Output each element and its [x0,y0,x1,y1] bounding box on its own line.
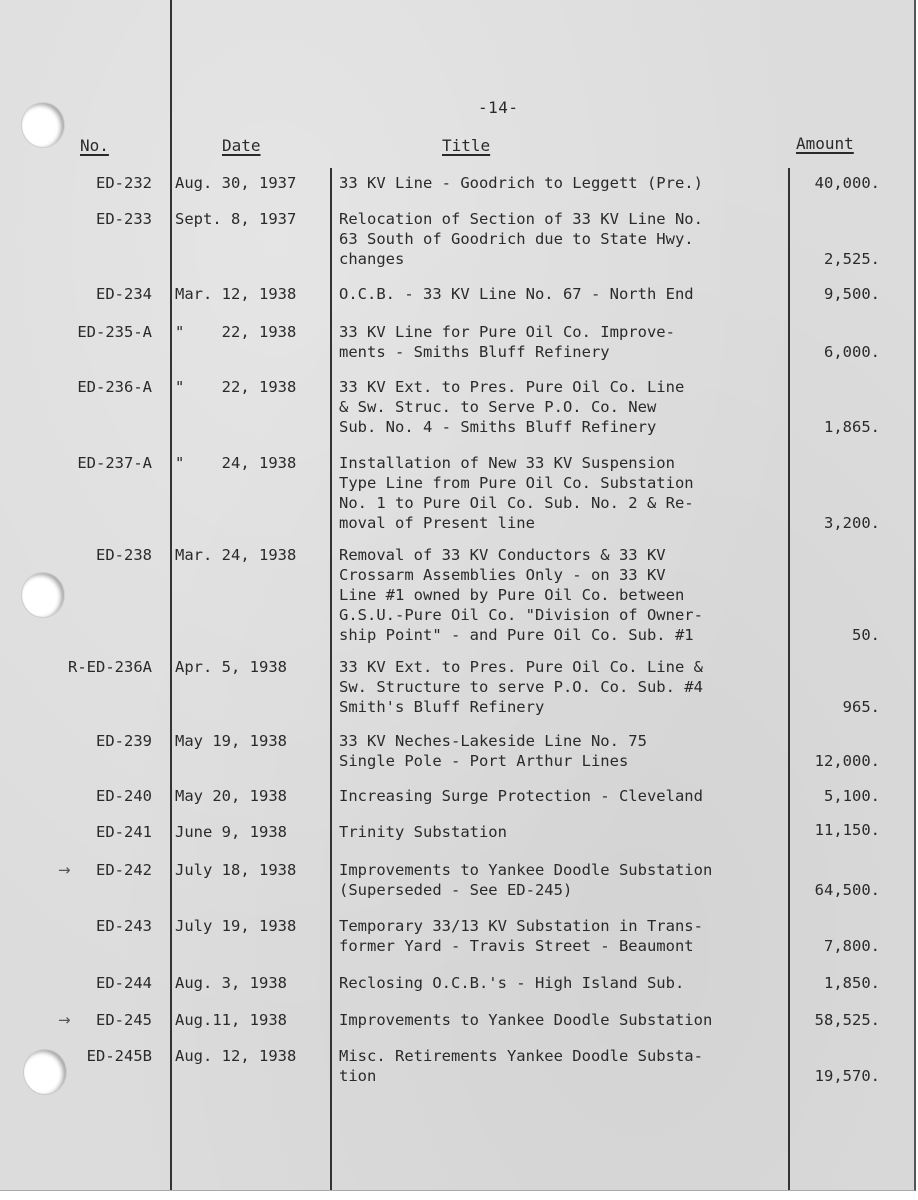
title-line: Installation of New 33 KV Suspension [339,453,789,473]
cell-amount: 6,000. [824,342,880,362]
cell-number: ED-239 [96,731,152,751]
title-line: 33 KV Neches-Lakeside Line No. 75 [339,731,789,751]
cell-number: R-ED-236A [68,657,152,677]
title-line: O.C.B. - 33 KV Line No. 67 - North End [339,284,789,304]
cell-date: Aug. 3, 1938 [175,973,287,993]
title-line: Improvements to Yankee Doodle Substation [339,1010,789,1030]
title-line: former Yard - Travis Street - Beaumont [339,936,789,956]
cell-title: Increasing Surge Protection - Cleveland [339,786,789,806]
title-line: Increasing Surge Protection - Cleveland [339,786,789,806]
binder-hole-middle [22,573,64,617]
title-line: Misc. Retirements Yankee Doodle Substa- [339,1046,789,1066]
cell-amount: 58,525. [815,1010,880,1030]
title-line: & Sw. Struc. to Serve P.O. Co. New [339,397,789,417]
cell-date: " 22, 1938 [175,322,296,342]
title-line: Relocation of Section of 33 KV Line No. [339,209,789,229]
cell-date: July 19, 1938 [175,916,296,936]
cell-date: Mar. 24, 1938 [175,545,296,565]
binder-hole-top [22,103,64,147]
rule-line-no-date [170,0,172,1190]
title-line: Trinity Substation [339,822,789,842]
cell-title: 33 KV Ext. to Pres. Pure Oil Co. Line& S… [339,377,789,437]
title-line: Smith's Bluff Refinery [339,697,789,717]
cell-number: ED-232 [96,173,152,193]
cell-date: Aug. 30, 1937 [175,173,296,193]
cell-number: ED-242 [96,860,152,880]
arrow-mark-icon: → [58,860,71,880]
title-line: Reclosing O.C.B.'s - High Island Sub. [339,973,789,993]
cell-title: Installation of New 33 KV SuspensionType… [339,453,789,533]
title-line: Removal of 33 KV Conductors & 33 KV [339,545,789,565]
cell-date: June 9, 1938 [175,822,287,842]
title-line: Crossarm Assemblies Only - on 33 KV [339,565,789,585]
cell-title: Relocation of Section of 33 KV Line No.6… [339,209,789,269]
cell-amount: 1,850. [824,973,880,993]
title-line: G.S.U.-Pure Oil Co. "Division of Owner- [339,605,789,625]
arrow-mark-icon: → [58,1010,71,1030]
cell-title: 33 KV Neches-Lakeside Line No. 75Single … [339,731,789,771]
cell-title: Removal of 33 KV Conductors & 33 KVCross… [339,545,789,645]
cell-amount: 1,865. [824,417,880,437]
cell-date: May 20, 1938 [175,786,287,806]
cell-title: 33 KV Line for Pure Oil Co. Improve-ment… [339,322,789,362]
title-line: 33 KV Line - Goodrich to Leggett (Pre.) [339,173,789,193]
rule-line-date-title [330,168,332,1190]
cell-number: ED-235-A [77,322,152,342]
cell-number: ED-238 [96,545,152,565]
title-line: changes [339,249,789,269]
title-line: Single Pole - Port Arthur Lines [339,751,789,771]
cell-title: 33 KV Ext. to Pres. Pure Oil Co. Line &S… [339,657,789,717]
title-line: ments - Smiths Bluff Refinery [339,342,789,362]
title-line: 33 KV Line for Pure Oil Co. Improve- [339,322,789,342]
cell-amount: 50. [852,625,880,645]
cell-title: Temporary 33/13 KV Substation in Trans-f… [339,916,789,956]
title-line: 33 KV Ext. to Pres. Pure Oil Co. Line & [339,657,789,677]
title-line: tion [339,1066,789,1086]
cell-amount: 7,800. [824,936,880,956]
cell-date: Apr. 5, 1938 [175,657,287,677]
document-page: -14- No. Date Title Amount ED-232Aug. 30… [0,0,916,1191]
cell-date: Aug. 12, 1938 [175,1046,296,1066]
binder-hole-bottom [24,1050,66,1094]
cell-title: Trinity Substation [339,822,789,842]
cell-number: ED-245B [87,1046,152,1066]
cell-number: ED-243 [96,916,152,936]
cell-date: Sept. 8, 1937 [175,209,296,229]
cell-title: 33 KV Line - Goodrich to Leggett (Pre.) [339,173,789,193]
title-line: Type Line from Pure Oil Co. Substation [339,473,789,493]
title-line: Sw. Structure to serve P.O. Co. Sub. #4 [339,677,789,697]
cell-number: ED-236-A [77,377,152,397]
header-amount: Amount [796,134,854,153]
title-line: Improvements to Yankee Doodle Substation [339,860,789,880]
cell-amount: 5,100. [824,786,880,806]
cell-date: Aug.11, 1938 [175,1010,287,1030]
cell-title: O.C.B. - 33 KV Line No. 67 - North End [339,284,789,304]
cell-amount: 40,000. [815,173,880,193]
cell-amount: 9,500. [824,284,880,304]
title-line: Line #1 owned by Pure Oil Co. between [339,585,789,605]
cell-number: ED-233 [96,209,152,229]
cell-amount: 64,500. [815,880,880,900]
cell-date: July 18, 1938 [175,860,296,880]
title-line: ship Point" - and Pure Oil Co. Sub. #1 [339,625,789,645]
title-line: moval of Present line [339,513,789,533]
cell-amount: 2,525. [824,249,880,269]
header-title: Title [442,136,490,155]
cell-amount: 11,150. [815,820,880,840]
cell-amount: 965. [843,697,880,717]
title-line: Temporary 33/13 KV Substation in Trans- [339,916,789,936]
cell-amount: 12,000. [815,751,880,771]
cell-number: ED-245 [96,1010,152,1030]
cell-date: " 22, 1938 [175,377,296,397]
title-line: Sub. No. 4 - Smiths Bluff Refinery [339,417,789,437]
title-line: No. 1 to Pure Oil Co. Sub. No. 2 & Re- [339,493,789,513]
cell-title: Improvements to Yankee Doodle Substation… [339,860,789,900]
cell-amount: 19,570. [815,1066,880,1086]
cell-title: Improvements to Yankee Doodle Substation [339,1010,789,1030]
cell-number: ED-234 [96,284,152,304]
cell-title: Misc. Retirements Yankee Doodle Substa-t… [339,1046,789,1086]
page-number: -14- [478,98,519,117]
title-line: (Superseded - See ED-245) [339,880,789,900]
cell-number: ED-241 [96,822,152,842]
title-line: 63 South of Goodrich due to State Hwy. [339,229,789,249]
cell-title: Reclosing O.C.B.'s - High Island Sub. [339,973,789,993]
cell-number: ED-240 [96,786,152,806]
cell-date: " 24, 1938 [175,453,296,473]
header-no: No. [80,136,109,155]
header-date: Date [222,136,261,155]
cell-number: ED-237-A [77,453,152,473]
cell-amount: 3,200. [824,513,880,533]
cell-date: Mar. 12, 1938 [175,284,296,304]
cell-date: May 19, 1938 [175,731,287,751]
cell-number: ED-244 [96,973,152,993]
title-line: 33 KV Ext. to Pres. Pure Oil Co. Line [339,377,789,397]
